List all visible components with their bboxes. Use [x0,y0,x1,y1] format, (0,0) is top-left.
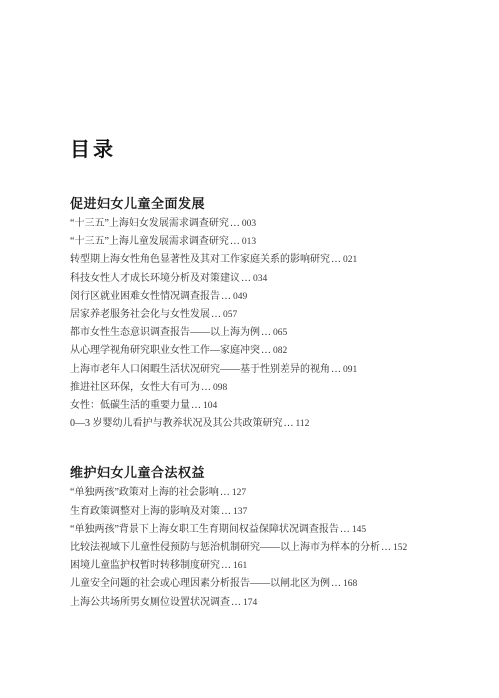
toc-entry: 闵行区就业困难女性情况调查报告…049 [70,288,463,306]
dot-leader: … [331,578,342,589]
entry-title: “十三五”上海儿童发展需求调查研究 [70,236,229,247]
entry-title: 从心理学视角研究职业女性工作—家庭冲突 [70,345,260,356]
toc-page: 目录 促进妇女儿童全面发展“十三五”上海妇女发展需求调查研究…003“十三五”上… [0,0,499,698]
entry-title: “十三五”上海妇女发展需求调查研究 [70,218,229,229]
entry-title: 比较法视域下儿童性侵预防与惩治机制研究——以上海市为样本的分析 [70,542,380,553]
entry-page-number: 152 [393,543,407,553]
dot-leader: … [230,236,241,247]
toc-sections: 促进妇女儿童全面发展“十三五”上海妇女发展需求调查研究…003“十三五”上海儿童… [70,196,463,612]
entry-title: 女性：低碳生活的重要力量 [70,400,190,411]
dot-leader: … [211,309,222,320]
entry-title: 推进社区环保，女性大有可为 [70,382,200,393]
entry-list: “单独两孩”政策对上海的社会影响…127生育政策调整对上海的影响及对策…137“… [70,484,463,611]
dot-leader: … [230,218,241,229]
toc-entry: 推进社区环保，女性大有可为…098 [70,379,463,397]
dot-leader: … [331,254,342,265]
entry-title: 儿童安全问题的社会或心理因素分析报告——以闸北区为例 [70,578,330,589]
entry-page-number: 145 [352,525,366,535]
dot-leader: … [201,382,212,393]
entry-page-number: 013 [242,237,256,247]
entry-page-number: 034 [253,274,267,284]
page-title: 目录 [70,138,463,160]
entry-page-number: 091 [343,365,357,375]
toc-entry: 0—3 岁婴幼儿看护与教养状况及其公共政策研究…112 [70,415,463,433]
entry-page-number: 098 [213,383,227,393]
entry-page-number: 021 [343,255,357,265]
entry-page-number: 065 [273,328,287,338]
toc-entry: “十三五”上海儿童发展需求调查研究…013 [70,233,463,251]
dot-leader: … [331,364,342,375]
dot-leader: … [221,506,232,517]
toc-entry: 上海市老年人口闲暇生活状况研究——基于性别差异的视角…091 [70,361,463,379]
entry-page-number: 003 [242,219,256,229]
toc-entry: 儿童安全问题的社会或心理因素分析报告——以闸北区为例…168 [70,575,463,593]
entry-title: 生育政策调整对上海的影响及对策 [70,506,220,517]
toc-entry: 上海公共场所男女厕位设置状况调查…174 [70,594,463,612]
entry-page-number: 137 [233,507,247,517]
entry-title: “单独两孩”背景下上海女职工生育期间权益保障状况调查报告 [70,524,339,535]
entry-page-number: 057 [223,310,237,320]
entry-title: “单独两孩”政策对上海的社会影响 [70,487,219,498]
dot-leader: … [261,327,272,338]
toc-entry: “单独两孩”政策对上海的社会影响…127 [70,484,463,502]
section-heading: 维护妇女儿童合法权益 [70,465,463,480]
entry-page-number: 082 [273,346,287,356]
toc-entry: 转型期上海女性角色显著性及其对工作家庭关系的影响研究…021 [70,251,463,269]
entry-page-number: 168 [343,579,357,589]
dot-leader: … [231,597,242,608]
dot-leader: … [221,291,232,302]
toc-entry: “单独两孩”背景下上海女职工生育期间权益保障状况调查报告…145 [70,521,463,539]
dot-leader: … [284,418,295,429]
entry-title: 居家养老服务社会化与女性发展 [70,309,210,320]
entry-title: 科技女性人才成长环境分析及对策建议 [70,273,240,284]
toc-entry: 困境儿童监护权暂时转移制度研究…161 [70,557,463,575]
toc-entry: 从心理学视角研究职业女性工作—家庭冲突…082 [70,342,463,360]
entry-title: 上海市老年人口闲暇生活状况研究——基于性别差异的视角 [70,364,330,375]
toc-section: 促进妇女儿童全面发展“十三五”上海妇女发展需求调查研究…003“十三五”上海儿童… [70,196,463,433]
toc-entry: 居家养老服务社会化与女性发展…057 [70,306,463,324]
entry-page-number: 161 [233,561,247,571]
toc-entry: 比较法视域下儿童性侵预防与惩治机制研究——以上海市为样本的分析…152 [70,539,463,557]
dot-leader: … [340,524,351,535]
toc-section: 维护妇女儿童合法权益“单独两孩”政策对上海的社会影响…127生育政策调整对上海的… [70,465,463,611]
toc-entry: 女性：低碳生活的重要力量…104 [70,397,463,415]
toc-entry: 科技女性人才成长环境分析及对策建议…034 [70,270,463,288]
entry-page-number: 127 [232,488,246,498]
entry-title: 上海公共场所男女厕位设置状况调查 [70,597,230,608]
entry-page-number: 174 [243,598,257,608]
dot-leader: … [241,273,252,284]
entry-page-number: 049 [233,292,247,302]
entry-title: 闵行区就业困难女性情况调查报告 [70,291,220,302]
dot-leader: … [220,487,231,498]
entry-page-number: 112 [296,419,310,429]
entry-title: 转型期上海女性角色显著性及其对工作家庭关系的影响研究 [70,254,330,265]
toc-content: 目录 促进妇女儿童全面发展“十三五”上海妇女发展需求调查研究…003“十三五”上… [70,138,463,612]
entry-title: 都市女性生态意识调查报告——以上海为例 [70,327,260,338]
toc-entry: 都市女性生态意识调查报告——以上海为例…065 [70,324,463,342]
entry-page-number: 104 [203,401,217,411]
entry-title: 0—3 岁婴幼儿看护与教养状况及其公共政策研究 [70,418,283,429]
toc-entry: 生育政策调整对上海的影响及对策…137 [70,503,463,521]
dot-leader: … [221,560,232,571]
dot-leader: … [191,400,202,411]
toc-entry: “十三五”上海妇女发展需求调查研究…003 [70,215,463,233]
entry-list: “十三五”上海妇女发展需求调查研究…003“十三五”上海儿童发展需求调查研究…0… [70,215,463,433]
dot-leader: … [261,345,272,356]
dot-leader: … [381,542,392,553]
entry-title: 困境儿童监护权暂时转移制度研究 [70,560,220,571]
section-heading: 促进妇女儿童全面发展 [70,196,463,211]
